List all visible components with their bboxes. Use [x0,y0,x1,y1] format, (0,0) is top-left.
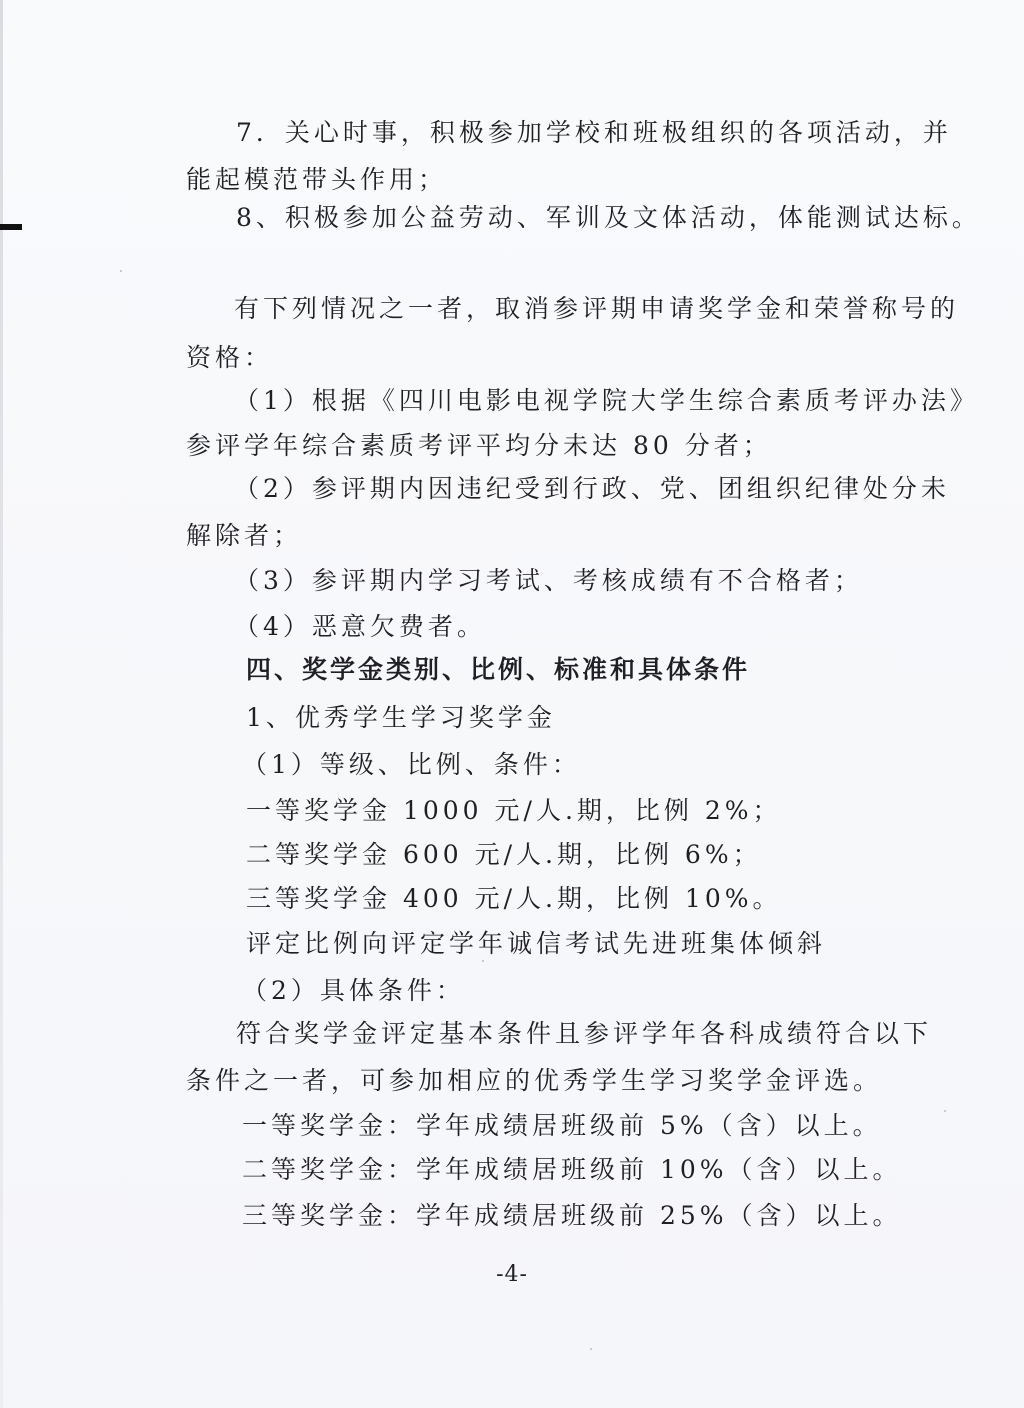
criteria-item-7-line-2: 能起模范带头作用； [186,165,447,195]
page-number: -4- [0,1262,1024,1287]
ratio-preference-note: 评定比例向评定学年诚信考试先进班集体倾斜 [246,929,826,959]
subsection-heading-academic-scholarship: 1、优秀学生学习奖学金 [246,703,556,733]
section-heading-scholarship-categories: 四、奖学金类别、比例、标准和具体条件 [246,655,750,685]
criteria-item-7-line-1: 7．关心时事，积极参加学校和班极组织的各项活动，并 [236,118,952,148]
disqualification-item-1-line-1: （1）根据《四川电影电视学院大学生综合素质考评办法》 [234,386,979,416]
disqualification-item-2-line-1: （2）参评期内因违纪受到行政、党、团组织纪律处分未 [234,474,950,504]
scan-speck [590,1348,592,1350]
criteria-item-8: 8、积极参加公益劳动、军训及文体活动，体能测试达标。 [236,203,981,233]
disqualification-item-3: （3）参评期内学习考试、考核成绩有不合格者； [234,566,863,596]
third-class-ranking-requirement: 三等奖学金：学年成绩居班级前 25%（含）以上。 [242,1201,902,1231]
subsection-specific-conditions: （2）具体条件： [242,976,465,1006]
specific-conditions-line-2: 条件之一者，可参加相应的优秀学生学习奖学金评选。 [186,1066,882,1096]
disqualification-intro-line-1: 有下列情况之一者，取消参评期申请奖学金和荣誉称号的 [234,294,959,324]
second-class-scholarship-standard: 二等奖学金 600 元/人.期，比例 6%； [246,840,762,870]
first-class-scholarship-standard: 一等奖学金 1000 元/人.期，比例 2%； [246,796,782,826]
scan-margin-mark [0,224,22,230]
disqualification-item-2-line-2: 解除者； [186,521,302,551]
scan-speck [482,960,484,962]
second-class-ranking-requirement: 二等奖学金：学年成绩居班级前 10%（含）以上。 [242,1155,902,1185]
disqualification-intro-line-2: 资格： [186,343,273,373]
subsection-levels-ratios-conditions: （1）等级、比例、条件： [242,750,581,780]
scan-speck [120,270,122,272]
scan-speck [944,1110,946,1112]
disqualification-item-4: （4）恶意欠费者。 [234,612,486,642]
third-class-scholarship-standard: 三等奖学金 400 元/人.期，比例 10%。 [246,884,782,914]
specific-conditions-line-1: 符合奖学金评定基本条件且参评学年各科成绩符合以下 [236,1019,932,1049]
document-page: 7．关心时事，积极参加学校和班极组织的各项活动，并 能起模范带头作用； 8、积极… [0,0,1024,1408]
first-class-ranking-requirement: 一等奖学金：学年成绩居班级前 5%（含）以上。 [242,1111,882,1141]
scan-edge-shadow [0,0,3,1408]
disqualification-item-1-line-2: 参评学年综合素质考评平均分未达 80 分者； [186,431,772,461]
